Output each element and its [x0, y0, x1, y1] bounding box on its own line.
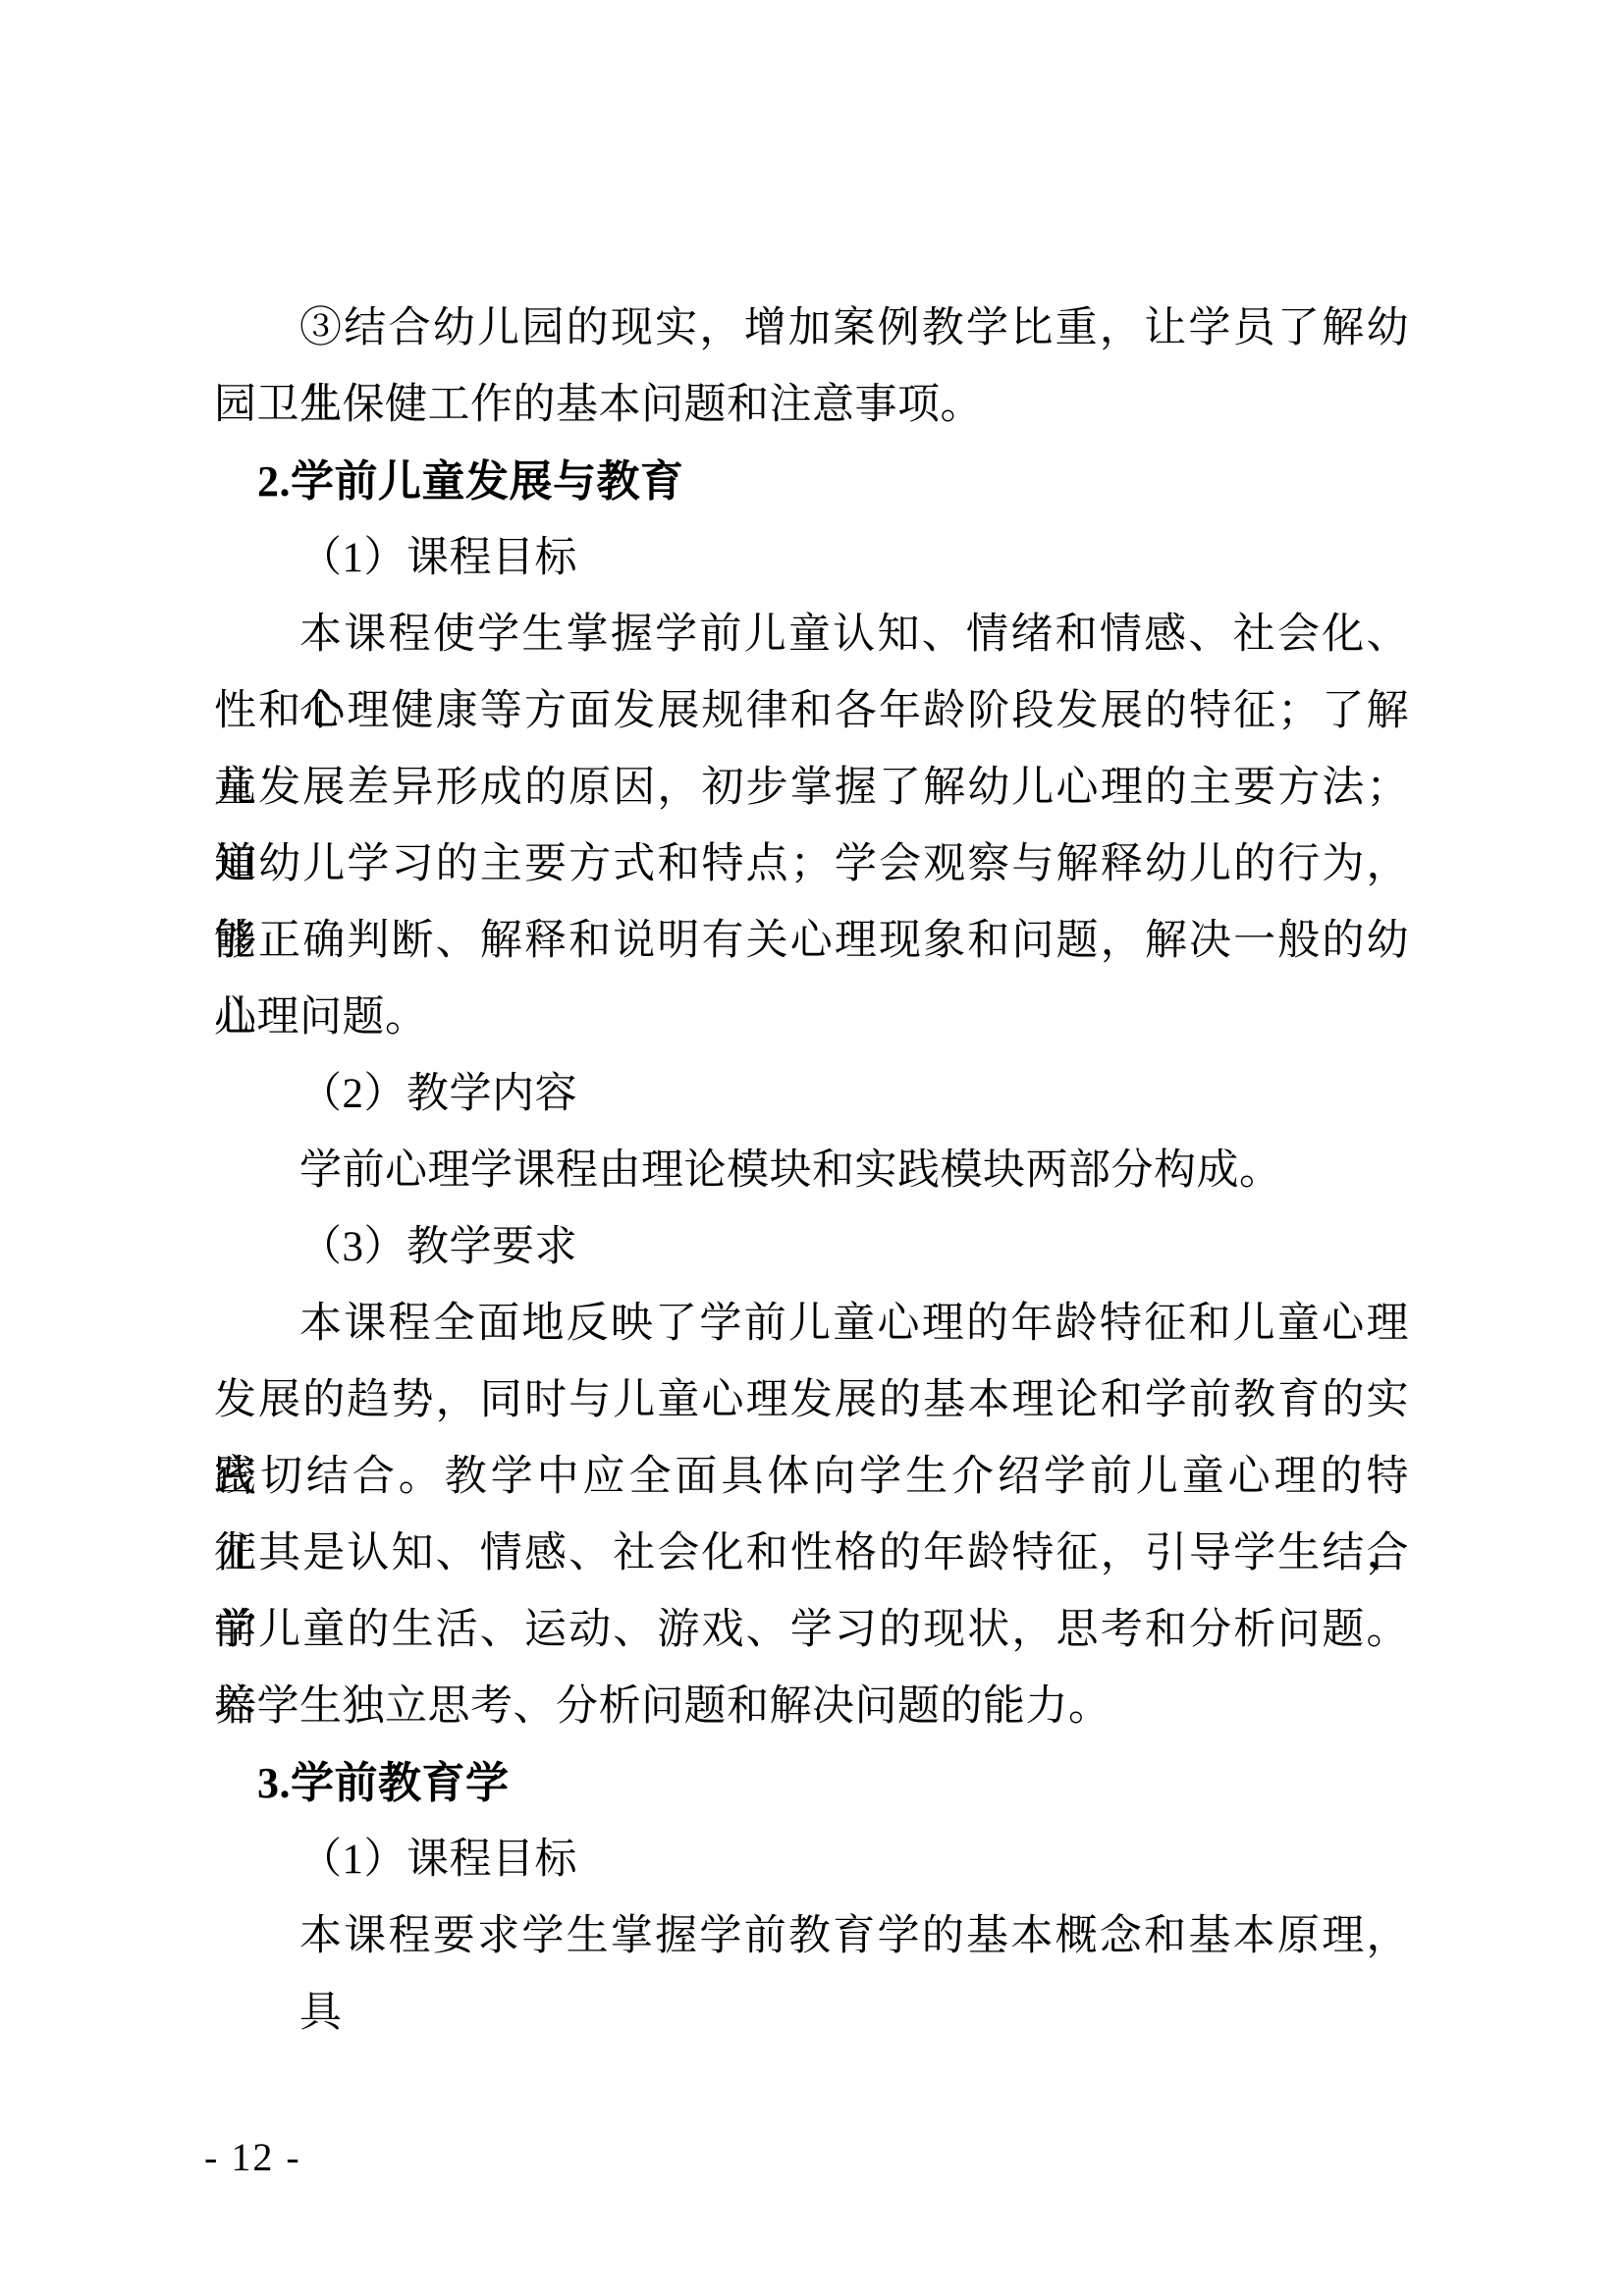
document-body: ③结合幼儿园的现实，增加案例教学比重，让学员了解幼儿 园卫生保健工作的基本问题和… — [214, 291, 1409, 1975]
paragraph-line: 性和心理健康等方面发展规律和各年龄阶段发展的特征；了解儿 — [214, 673, 1409, 750]
paragraph-line: 本课程要求学生掌握学前教育学的基本概念和基本原理，具 — [214, 1898, 1409, 1975]
document-page: ③结合幼儿园的现实，增加案例教学比重，让学员了解幼儿 园卫生保健工作的基本问题和… — [0, 0, 1624, 2296]
paragraph-line: 发展的趋势，同时与儿童心理发展的基本理论和学前教育的实践 — [214, 1362, 1409, 1439]
paragraph-line: 密切结合。教学中应全面具体向学生介绍学前儿童心理的特征， — [214, 1439, 1409, 1516]
subsection-label: （1）课程目标 — [214, 1822, 1409, 1898]
subsection-label: （2）教学内容 — [214, 1056, 1409, 1133]
paragraph-line: 尤其是认知、情感、社会化和性格的年龄特征，引导学生结合学 — [214, 1516, 1409, 1592]
page-number: - 12 - — [204, 2136, 301, 2179]
paragraph-line: 园卫生保健工作的基本问题和注意事项。 — [214, 367, 1409, 444]
paragraph-line: 心理问题。 — [214, 980, 1409, 1056]
paragraph-line: 前儿童的生活、运动、游戏、学习的现状，思考和分析问题。培 — [214, 1592, 1409, 1669]
paragraph-line: ③结合幼儿园的现实，增加案例教学比重，让学员了解幼儿 — [214, 291, 1409, 367]
subsection-label: （1）课程目标 — [214, 520, 1409, 597]
paragraph-line: 童发展差异形成的原因，初步掌握了解幼儿心理的主要方法；知 — [214, 750, 1409, 827]
subsection-label: （3）教学要求 — [214, 1209, 1409, 1286]
paragraph-line: 够正确判断、解释和说明有关心理现象和问题，解决一般的幼儿 — [214, 903, 1409, 980]
paragraph-line: 本课程使学生掌握学前儿童认知、情绪和情感、社会化、个 — [214, 597, 1409, 673]
paragraph-line: 道幼儿学习的主要方式和特点；学会观察与解释幼儿的行为，能 — [214, 827, 1409, 903]
section-heading: 3.学前教育学 — [214, 1745, 1409, 1822]
paragraph-line: 养学生独立思考、分析问题和解决问题的能力。 — [214, 1669, 1409, 1745]
paragraph-line: 学前心理学课程由理论模块和实践模块两部分构成。 — [214, 1133, 1409, 1209]
section-heading: 2.学前儿童发展与教育 — [214, 444, 1409, 520]
paragraph-line: 本课程全面地反映了学前儿童心理的年龄特征和儿童心理 — [214, 1286, 1409, 1362]
